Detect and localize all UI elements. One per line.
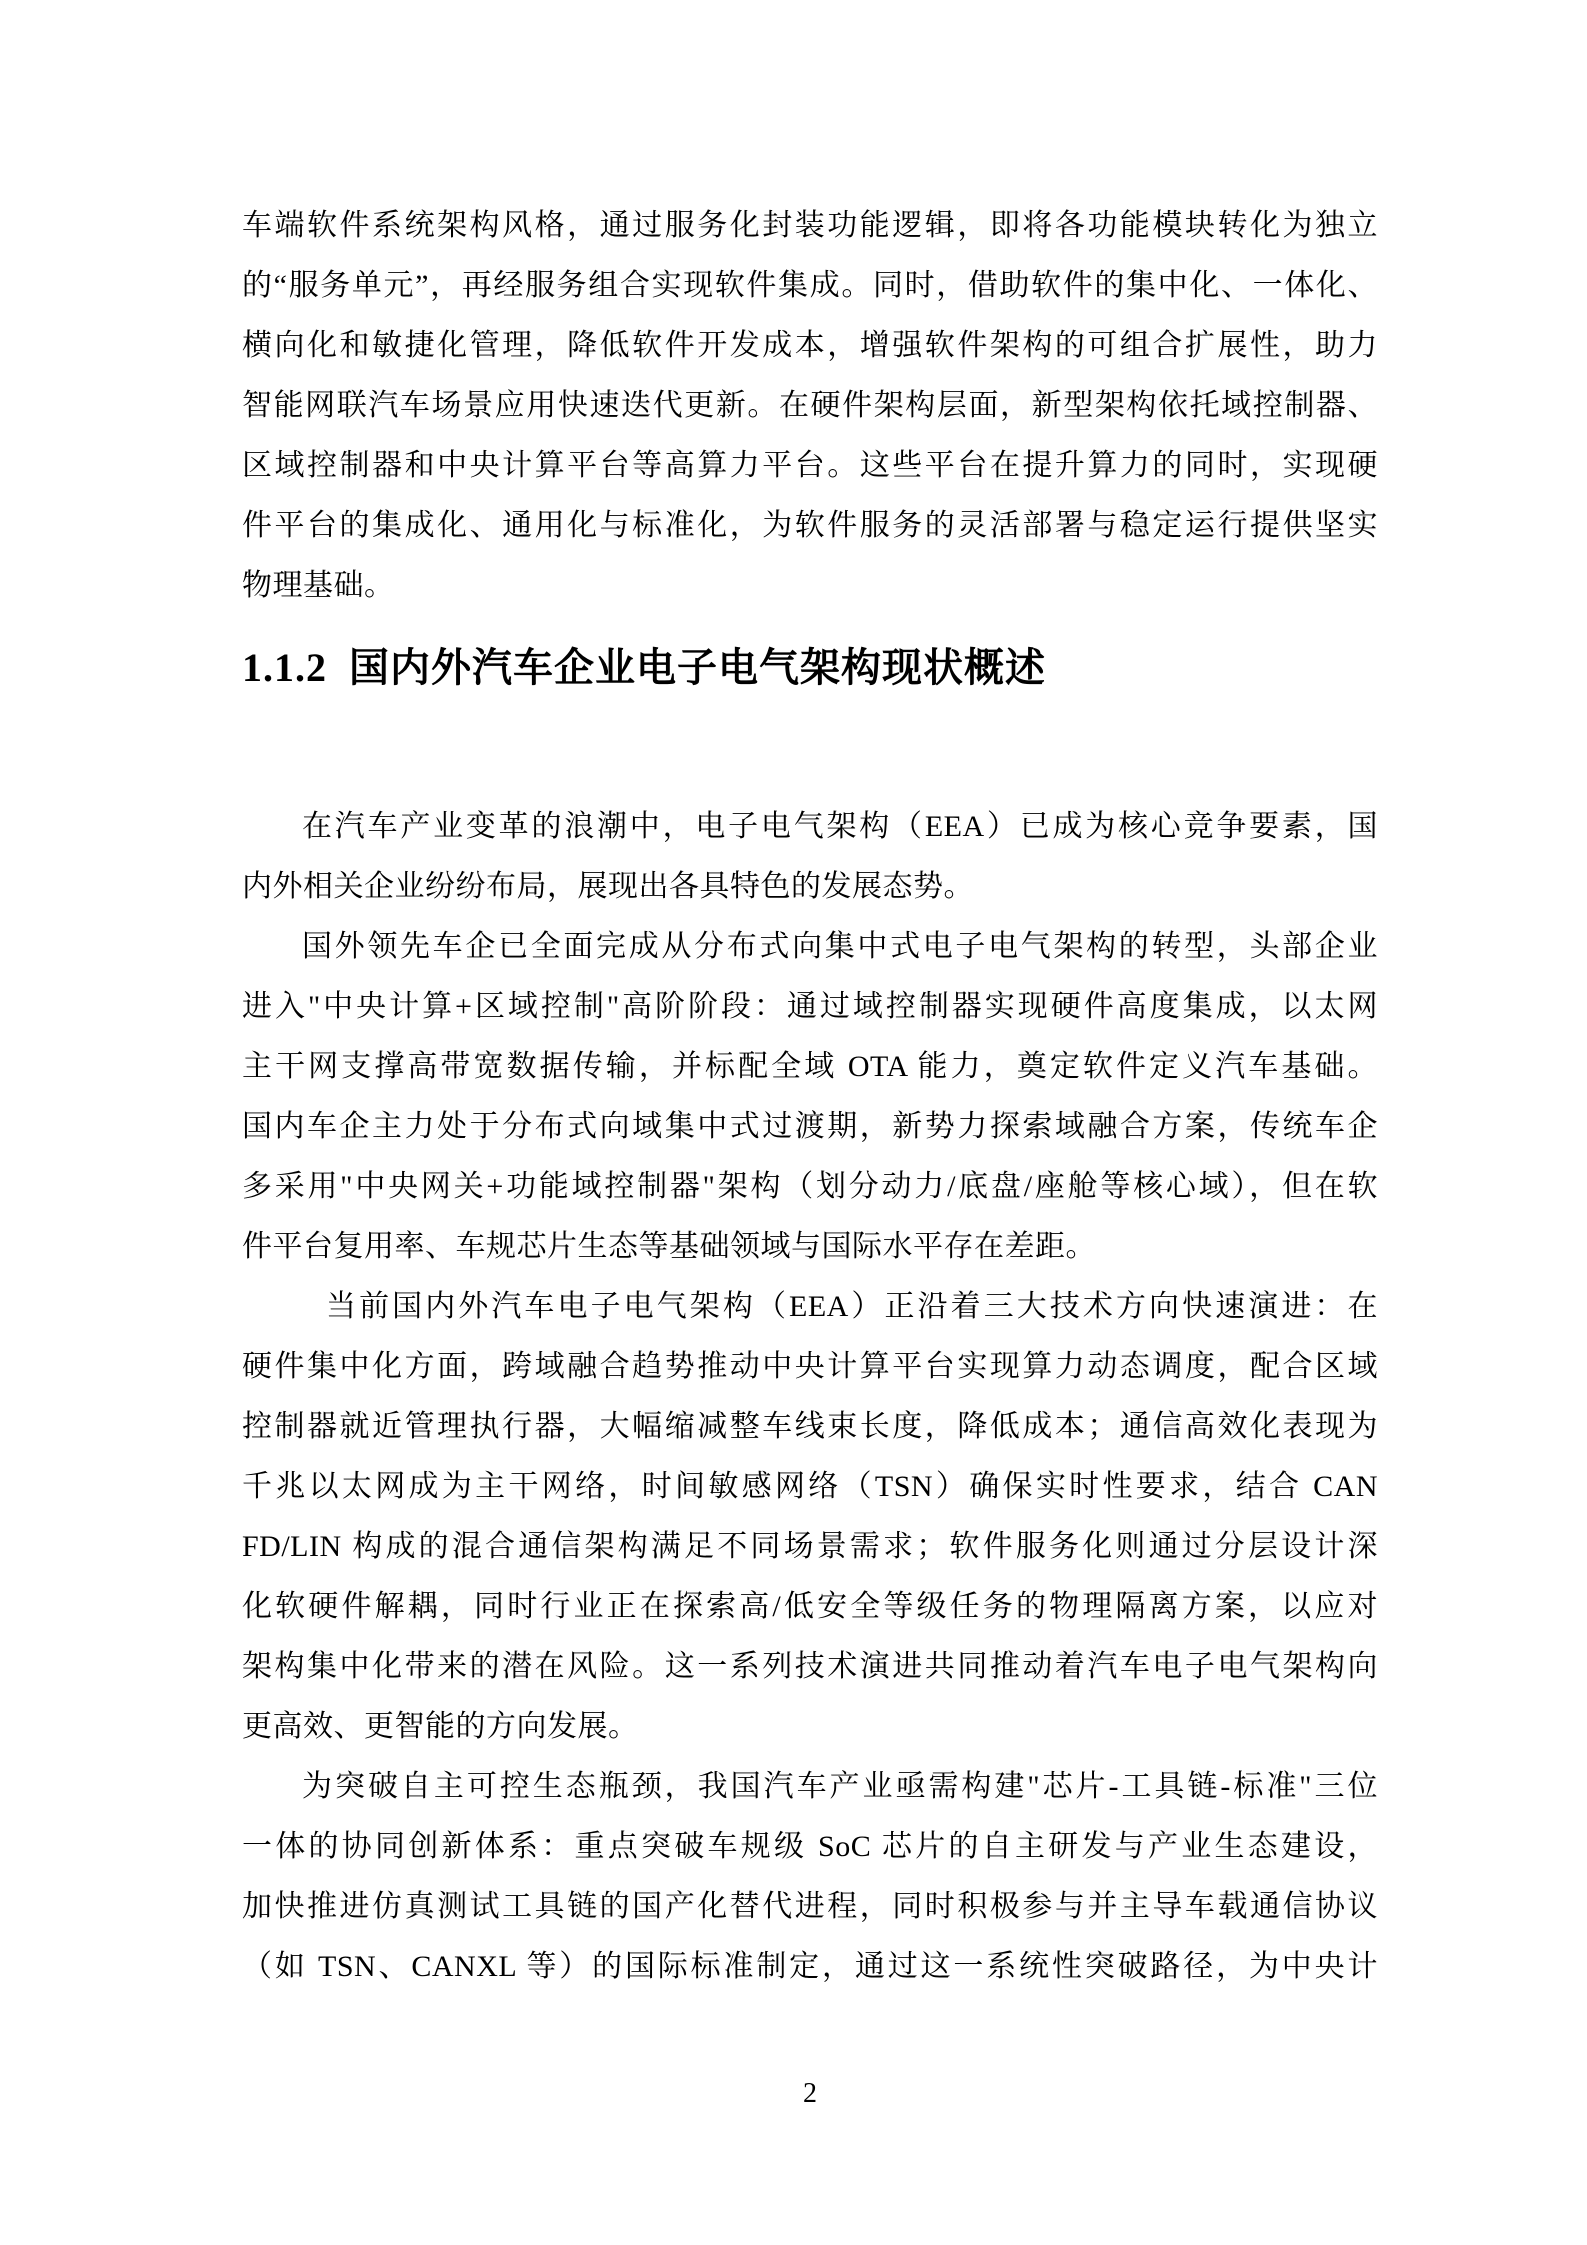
text-line: 硬件集中化方面，跨域融合趋势推动中央计算平台实现算力动态调度，配合区域 bbox=[242, 1337, 1378, 1397]
text-line: 件平台复用率、车规芯片生态等基础领域与国际水平存在差距。 bbox=[242, 1217, 1378, 1277]
paragraph-continued: 车端软件系统架构风格，通过服务化封装功能逻辑，即将各功能模块转化为独立的“服务单… bbox=[242, 196, 1378, 616]
paragraph-foreign-domestic: 国外领先车企已全面完成从分布式向集中式电子电气架构的转型，头部企业进入"中央计算… bbox=[242, 917, 1378, 1277]
text-line: 国内车企主力处于分布式向域集中式过渡期，新势力探索域融合方案，传统车企 bbox=[242, 1097, 1378, 1157]
text-line: 进入"中央计算+区域控制"高阶阶段：通过域控制器实现硬件高度集成，以太网 bbox=[242, 977, 1378, 1037]
text-line: 的“服务单元”，再经服务组合实现软件集成。同时，借助软件的集中化、一体化、 bbox=[242, 256, 1378, 316]
text-line: 国外领先车企已全面完成从分布式向集中式电子电气架构的转型，头部企业 bbox=[242, 917, 1378, 977]
page-content: 车端软件系统架构风格，通过服务化封装功能逻辑，即将各功能模块转化为独立的“服务单… bbox=[242, 0, 1378, 1997]
text-line: 化软硬件解耦，同时行业正在探索高/低安全等级任务的物理隔离方案，以应对 bbox=[242, 1577, 1378, 1637]
text-line: 内外相关企业纷纷布局，展现出各具特色的发展态势。 bbox=[242, 857, 1378, 917]
text-line: 在汽车产业变革的浪潮中，电子电气架构（EEA）已成为核心竞争要素，国 bbox=[242, 797, 1378, 857]
document-page: 车端软件系统架构风格，通过服务化封装功能逻辑，即将各功能模块转化为独立的“服务单… bbox=[0, 0, 1587, 2245]
paragraph-ecosystem: 为突破自主可控生态瓶颈，我国汽车产业亟需构建"芯片-工具链-标准"三位一体的协同… bbox=[242, 1757, 1378, 1997]
text-line: 区域控制器和中央计算平台等高算力平台。这些平台在提升算力的同时，实现硬 bbox=[242, 436, 1378, 496]
section-heading: 1.1.2国内外汽车企业电子电气架构现状概述 bbox=[242, 638, 1378, 698]
page-number: 2 bbox=[242, 2076, 1378, 2112]
text-line: 架构集中化带来的潜在风险。这一系列技术演进共同推动着汽车电子电气架构向 bbox=[242, 1637, 1378, 1697]
text-line: 多采用"中央网关+功能域控制器"架构（划分动力/底盘/座舱等核心域），但在软 bbox=[242, 1157, 1378, 1217]
text-line: 控制器就近管理执行器，大幅缩减整车线束长度，降低成本；通信高效化表现为 bbox=[242, 1397, 1378, 1457]
text-line: 为突破自主可控生态瓶颈，我国汽车产业亟需构建"芯片-工具链-标准"三位 bbox=[242, 1757, 1378, 1817]
paragraph-three-directions: 当前国内外汽车电子电气架构（EEA）正沿着三大技术方向快速演进：在硬件集中化方面… bbox=[242, 1277, 1378, 1757]
text-line: 一体的协同创新体系：重点突破车规级 SoC 芯片的自主研发与产业生态建设， bbox=[242, 1817, 1378, 1877]
heading-number: 1.1.2 bbox=[242, 645, 327, 690]
text-line: FD/LIN 构成的混合通信架构满足不同场景需求；软件服务化则通过分层设计深 bbox=[242, 1517, 1378, 1577]
paragraph-overview: 在汽车产业变革的浪潮中，电子电气架构（EEA）已成为核心竞争要素，国内外相关企业… bbox=[242, 797, 1378, 917]
text-line: （如 TSN、CANXL 等）的国际标准制定，通过这一系统性突破路径，为中央计 bbox=[242, 1937, 1378, 1997]
text-line: 横向化和敏捷化管理，降低软件开发成本，增强软件架构的可组合扩展性，助力 bbox=[242, 316, 1378, 376]
text-line: 更高效、更智能的方向发展。 bbox=[242, 1697, 1378, 1757]
text-line: 当前国内外汽车电子电气架构（EEA）正沿着三大技术方向快速演进：在 bbox=[242, 1277, 1378, 1337]
text-line: 千兆以太网成为主干网络，时间敏感网络（TSN）确保实时性要求，结合 CAN bbox=[242, 1457, 1378, 1517]
text-line: 主干网支撑高带宽数据传输，并标配全域 OTA 能力，奠定软件定义汽车基础。 bbox=[242, 1037, 1378, 1097]
text-line: 加快推进仿真测试工具链的国产化替代进程，同时积极参与并主导车载通信协议 bbox=[242, 1877, 1378, 1937]
text-line: 智能网联汽车场景应用快速迭代更新。在硬件架构层面，新型架构依托域控制器、 bbox=[242, 376, 1378, 436]
text-line: 件平台的集成化、通用化与标准化，为软件服务的灵活部署与稳定运行提供坚实 bbox=[242, 496, 1378, 556]
heading-text: 国内外汽车企业电子电气架构现状概述 bbox=[349, 646, 1046, 690]
text-line: 车端软件系统架构风格，通过服务化封装功能逻辑，即将各功能模块转化为独立 bbox=[242, 196, 1378, 256]
text-line: 物理基础。 bbox=[242, 556, 1378, 616]
